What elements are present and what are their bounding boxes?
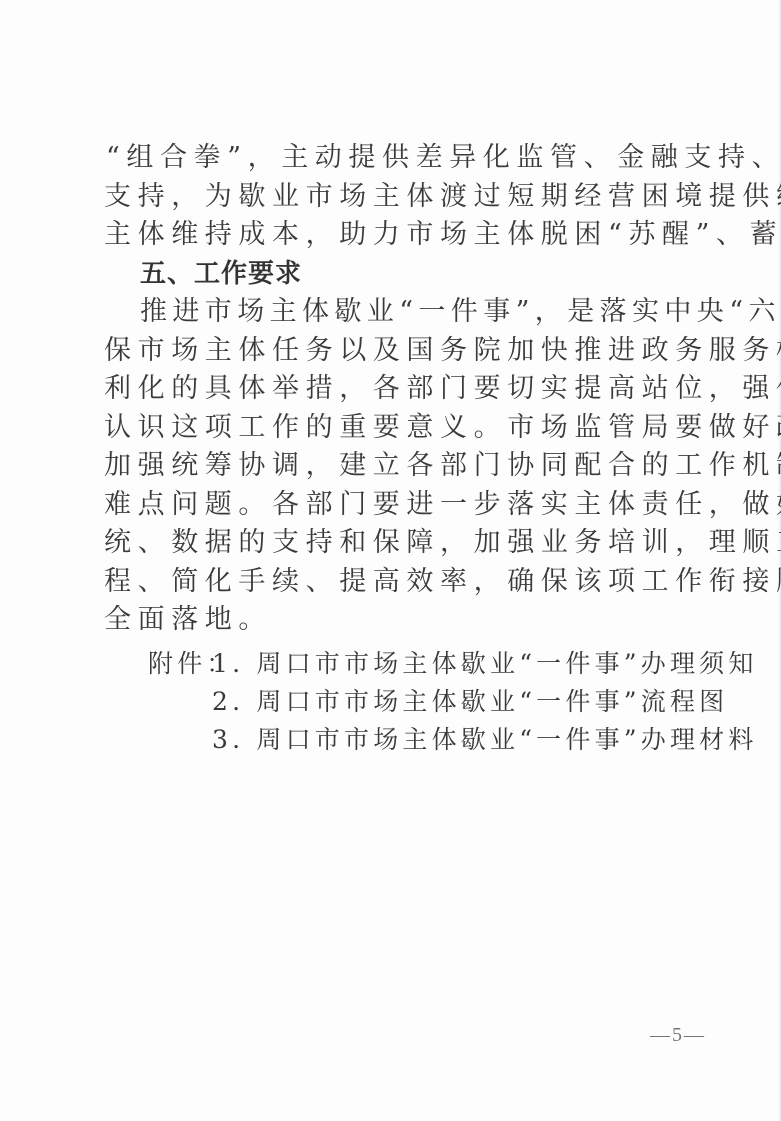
text-line: 利化的具体举措，各部门要切实提高站位，强化责任担当，深刻 <box>104 370 694 408</box>
text-line: 加强统筹协调，建立各部门协同配合的工作机制，协调解决有关 <box>104 447 694 485</box>
text-line: 统、数据的支持和保障，加强业务培训，理顺工作机制、优化流 <box>104 524 694 562</box>
attachment-item-3: 3. 周口市市场主体歇业“一件事”办理材料 <box>212 722 758 758</box>
section-heading: 五、工作要求 <box>140 255 730 293</box>
attachment-item-2: 2. 周口市市场主体歇业“一件事”流程图 <box>212 684 728 720</box>
text-line: 保市场主体任务以及国务院加快推进政务服务标准化规范化便 <box>104 332 694 370</box>
text-line: 推进市场主体歇业“一件事”，是落实中央“六稳”“六保” <box>140 293 700 331</box>
text-line: 全面落地。 <box>104 601 694 639</box>
text-line: 认识这项工作的重要意义。市场监管局要做好改革的牵头工作， <box>104 409 694 447</box>
attachment-item-1: 1. 周口市市场主体歇业“一件事”办理须知 <box>212 646 758 682</box>
page-number: —5— <box>650 1024 706 1047</box>
text-line: 支持，为歇业市场主体渡过短期经营困境提供缓冲期，降低市场 <box>104 178 694 216</box>
text-line: 程、简化手续、提高效率，确保该项工作衔接顺畅、推进有序、 <box>104 563 694 601</box>
text-line: 主体维持成本，助力市场主体脱困“苏醒”、蓄势再发。 <box>104 216 694 254</box>
text-line: 难点问题。各部门要进一步落实主体责任，做好政策、业务、系 <box>104 486 694 524</box>
text-line: “组合拳”，主动提供差异化监管、金融支持、减税降费等政策 <box>106 139 696 177</box>
